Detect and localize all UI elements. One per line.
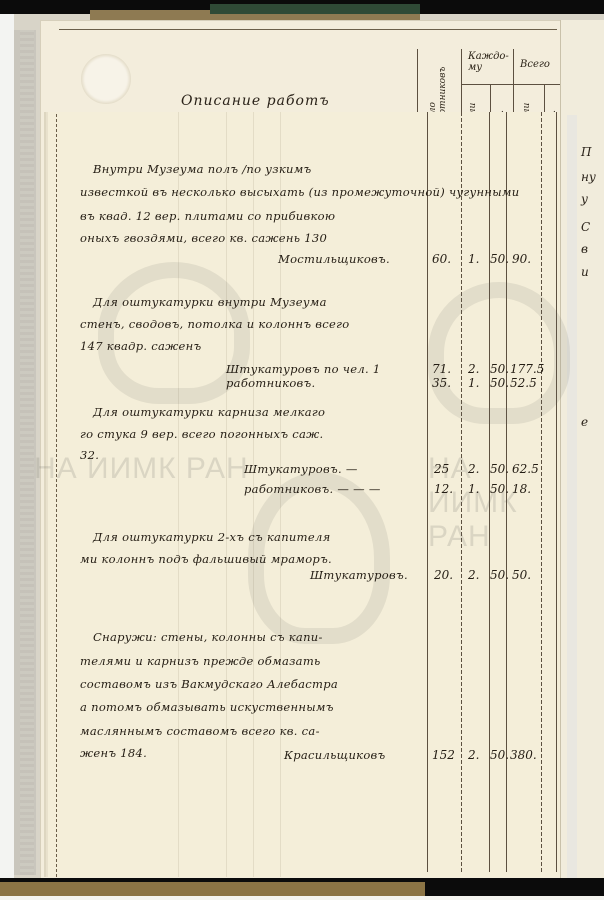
entry-3-worker-2: работниковъ. — — — — [244, 482, 381, 496]
header-each-divider — [462, 84, 514, 85]
entry-1-total: 90. — [512, 252, 531, 266]
embossed-seal — [81, 54, 131, 104]
entry-2-kop-2: 50. — [490, 376, 509, 390]
entry-1-line-2: известкой въ несколько высыхать (из пром… — [80, 185, 519, 199]
entry-1-kop: 50. — [490, 252, 509, 266]
entry-1-rub: 1. — [468, 252, 479, 266]
header-total-divider — [514, 84, 560, 85]
entry-3-worker-1: Штукатуровъ. — — [244, 462, 358, 476]
entry-3-line-3: 32. — [80, 448, 99, 462]
watermark-emblem — [428, 282, 570, 424]
entry-4-rub: 2. — [468, 568, 479, 582]
entry-3-line-1: Для оштукатурки карниза мелкаго — [93, 405, 325, 419]
scan-cover-green — [210, 4, 420, 14]
adjacent-text-3: у — [581, 192, 588, 206]
entry-3-count-1: 25 — [434, 462, 449, 476]
entry-3-kop-1: 50. — [490, 462, 509, 476]
entry-5-worker: Красильщиковъ — [284, 748, 386, 762]
scan-background-left — [0, 14, 14, 880]
adjacent-text-5: в — [581, 242, 588, 256]
entry-5-line-5: масляннымъ составомъ всего кв. са- — [80, 724, 320, 738]
entry-4-line-2: ми колоннъ подъ фальшивый мраморъ. — [80, 552, 332, 566]
header-each-label: Каждо-му — [468, 51, 514, 73]
page-title: Описание работъ — [181, 93, 330, 109]
adjacent-text-1: П — [581, 145, 591, 159]
ledger-sheet: НА ИИМК РАН НА ИИМК РАН Внутри Музеума п… — [48, 112, 560, 877]
entry-5-line-2: телями и карнизъ прежде обмазать — [80, 654, 321, 668]
left-margin-rule — [56, 112, 57, 877]
entry-3-kop-2: 50. — [490, 482, 509, 496]
entry-2-total-1: 177.5 — [510, 362, 544, 376]
entry-1-line-4: оныхъ гвоздями, всего кв. сажень 130 — [80, 231, 327, 245]
entry-5-rub: 2. — [468, 748, 479, 762]
entry-1-line-1: Внутри Музеума полъ /по узкимъ — [93, 162, 312, 176]
entry-4-count: 20. — [434, 568, 453, 582]
entry-4-worker: Штукатуровъ. — [310, 568, 408, 582]
entry-3-rub-1: 2. — [468, 462, 479, 476]
entry-3-total-1: 62.5 — [512, 462, 539, 476]
entry-5-line-4: а потомъ обмазывать искуственнымъ — [80, 700, 334, 714]
entry-5-kop: 50. — [490, 748, 509, 762]
entry-4-kop: 50. — [490, 568, 509, 582]
entry-5-line-3: составомъ изъ Вакмудскаго Алебастра — [80, 677, 338, 691]
entry-2-line-2: стенъ, сводовъ, потолка и колоннъ всего — [80, 317, 349, 331]
entry-3-total-2: 18. — [512, 482, 531, 496]
entry-2-rub-1: 2. — [468, 362, 479, 376]
entry-5-count: 152 — [432, 748, 455, 762]
entry-2-total-2: 52.5 — [510, 376, 537, 390]
entry-2-count-2: 35. — [432, 376, 451, 390]
entry-2-worker-1: Штукатуровъ по чел. 1 — [226, 362, 381, 376]
adjacent-text-7: е — [581, 415, 588, 429]
entry-2-line-3: 147 квадр. саженъ — [80, 339, 202, 353]
entry-5-line-1: Снаружи: стены, колонны съ капи- — [93, 630, 323, 644]
entry-4-line-1: Для оштукатурки 2-хъ съ капителя — [93, 530, 330, 544]
entry-2-worker-2: работниковъ. — [226, 376, 315, 390]
binding-board-texture — [20, 30, 34, 875]
entry-4-total: 50. — [512, 568, 531, 582]
scan-cover-bottom — [0, 882, 425, 896]
paper-strip — [567, 115, 577, 885]
entry-2-kop-1: 50. — [490, 362, 509, 376]
adjacent-text-2: ну — [581, 170, 596, 184]
entry-3-count-2: 12. — [434, 482, 453, 496]
adjacent-text-6: и — [581, 265, 589, 279]
entry-5-line-6: женъ 184. — [80, 746, 147, 760]
adjacent-text-4: С — [581, 220, 590, 234]
entry-2-rub-2: 1. — [468, 376, 479, 390]
entry-2-line-1: Для оштукатурки внутри Музеума — [93, 295, 327, 309]
header-total-label: Всего — [520, 59, 550, 70]
entry-1-line-3: въ квад. 12 вер. плитами со прибивкою — [80, 209, 335, 223]
bleed-through-rule — [178, 112, 179, 877]
entry-1-count: 60. — [432, 252, 451, 266]
entry-1-worker: Мостильщиковъ. — [278, 252, 390, 266]
scan-edge-bottom — [0, 896, 604, 900]
adjacent-page: П ну у С в и е — [560, 20, 604, 880]
entry-5-total: 380. — [510, 748, 537, 762]
entry-3-rub-2: 1. — [468, 482, 479, 496]
entry-3-line-2: го стука 9 вер. всего погонныхъ саж. — [80, 427, 323, 441]
entry-2-count-1: 71. — [432, 362, 451, 376]
watermark-text: НА ИИМК РАН — [34, 452, 249, 486]
bleed-through-rule — [226, 112, 227, 877]
